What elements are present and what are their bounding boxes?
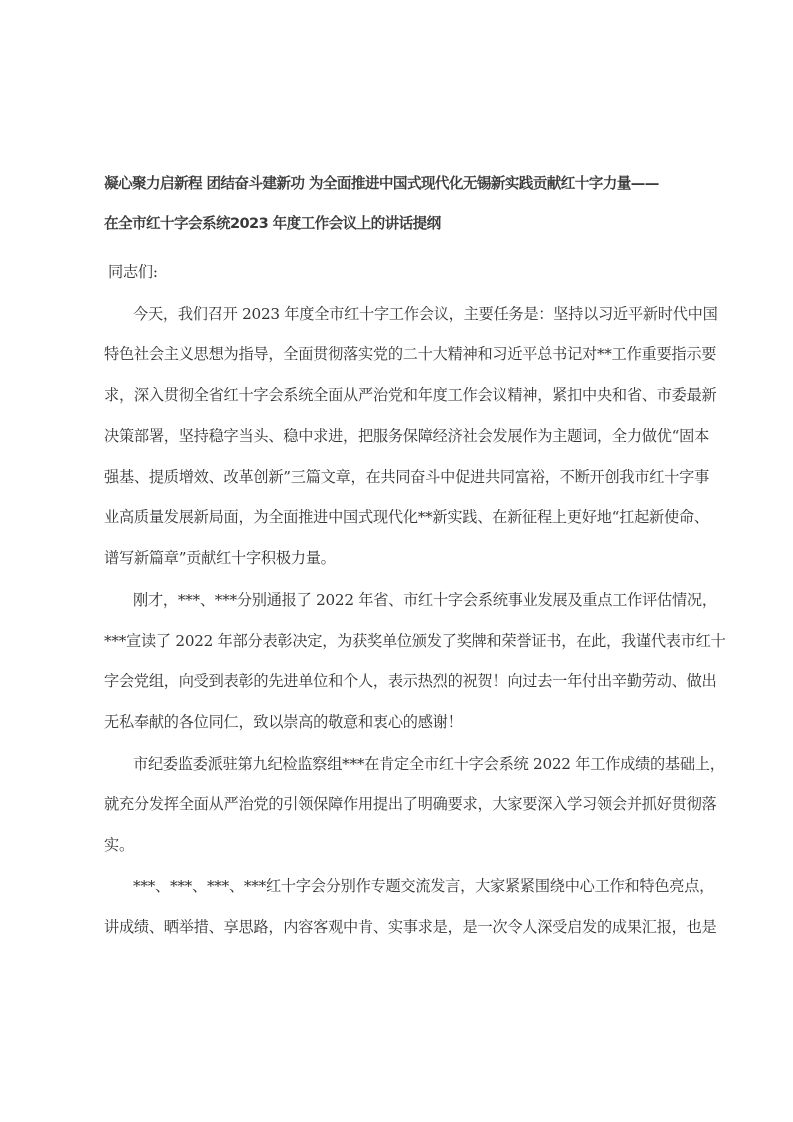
paragraph-3-line: 实。 (104, 835, 134, 855)
paragraph-1-line: 决策部署，坚持稳字当头、稳中求进，把服务保障经济社会发展作为主题词，全力做优“固… (104, 426, 709, 446)
document-title-line-2: 在全市红十字会系统2023 年度工作会议上的讲话提纲 (104, 214, 441, 234)
salutation: 同志们: (108, 262, 158, 282)
paragraph-1-line: 业高质量发展新局面，为全面推进中国式现代化**新实践、在新征程上更好地“扛起新使… (104, 507, 709, 527)
paragraph-2-line: 字会党组，向受到表彰的先进单位和个人，表示热烈的祝贺！向过去一年付出辛勤劳动、做… (104, 671, 716, 691)
paragraph-1-line: 谱写新篇章”贡献红十字积极力量。 (104, 548, 336, 568)
paragraph-2-line: 无私奉献的各位同仁，致以崇高的敬意和衷心的感谢！ (104, 712, 463, 732)
document-page: 凝心聚力启新程 团结奋斗建新功 为全面推进中国式现代化无锡新实践贡献红十字力量—… (0, 0, 793, 1122)
paragraph-4-line: 讲成绩、晒举措、享思路，内容客观中肯、实事求是，是一次令人深受启发的成果汇报，也… (104, 917, 716, 937)
paragraph-1-line: 特色社会主义思想为指导，全面贯彻落实党的二十大精神和习近平总书记对**工作重要指… (104, 344, 716, 364)
paragraph-1-line: 强基、提质增效、改革创新”三篇文章，在共同奋斗中促进共同富裕，不断开创我市红十字… (104, 467, 709, 487)
paragraph-2-line: 刚才，***、***分别通报了 2022 年省、市红十字会系统事业发展及重点工作… (133, 590, 717, 610)
paragraph-3-line: 市纪委监委派驻第九纪检监察组***在肯定全市红十字会系统 2022 年工作成绩的… (133, 754, 725, 774)
paragraph-4-line: ***、***、***、***红十字会分别作专题交流发言，大家紧紧围绕中心工作和… (133, 876, 714, 896)
paragraph-2-line: ***宣读了 2022 年部分表彰决定，为获奖单位颁发了奖牌和荣誉证书，在此，我… (104, 631, 726, 651)
document-title-line-1: 凝心聚力启新程 团结奋斗建新功 为全面推进中国式现代化无锡新实践贡献红十字力量—… (104, 174, 659, 194)
paragraph-3-line: 就充分发挥全面从严治党的引领保障作用提出了明确要求，大家要深入学习领会并抓好贯彻… (104, 794, 716, 814)
paragraph-1-line: 求，深入贯彻全省红十字会系统全面从严治党和年度工作会议精神，紧扣中央和省、市委最… (104, 385, 716, 405)
paragraph-1-line: 今天，我们召开 2023 年度全市红十字工作会议，主要任务是：坚持以习近平新时代… (133, 304, 718, 324)
